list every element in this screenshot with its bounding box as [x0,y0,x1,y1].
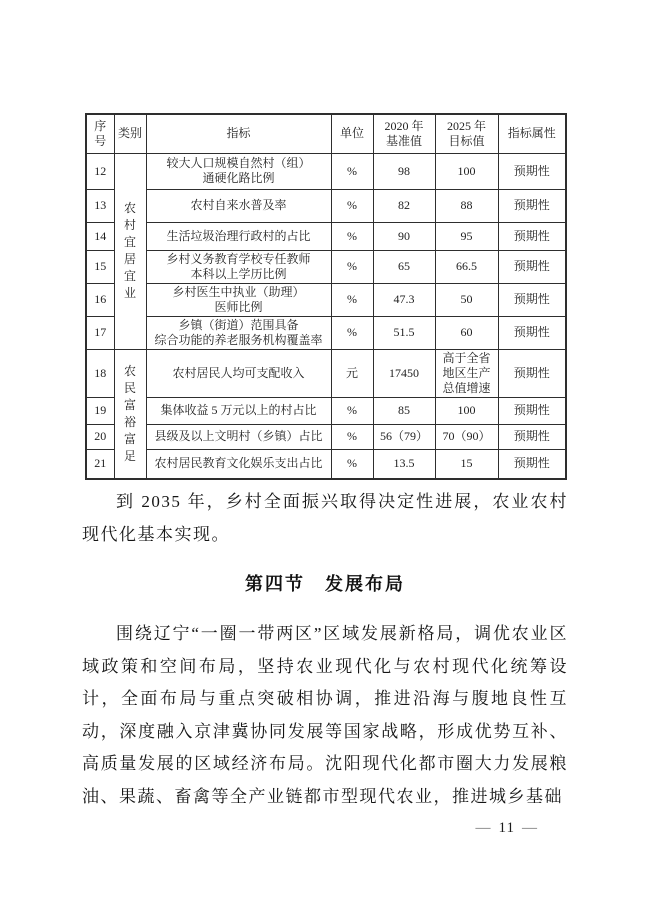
cell-attribute: 预期性 [498,222,566,250]
table-row: 18 农民富裕富足 农村居民人均可支配收入 元 17450 高于全省地区生产总值… [86,349,566,397]
table-row: 19 集体收益 5 万元以上的村占比 % 85 100 预期性 [86,397,566,424]
table-row: 20 县级及以上文明村（乡镇）占比 % 56（79） 70（90） 预期性 [86,424,566,449]
cell-attribute: 预期性 [498,449,566,479]
document-page: 序号 类别 指标 单位 2020 年 基准值 2025 年 目标值 指标属性 1… [0,0,650,919]
cell-unit: % [331,316,373,349]
column-header-category: 类别 [114,114,146,153]
page-number-right-dash: — [515,820,545,836]
cell-baseline: 85 [373,397,435,424]
cell-indicator: 集体收益 5 万元以上的村占比 [146,397,331,424]
category-label: 农民富裕富足 [123,363,137,465]
cell-unit: % [331,222,373,250]
cell-baseline: 17450 [373,349,435,397]
table-row: 14 生活垃圾治理行政村的占比 % 90 95 预期性 [86,222,566,250]
table-row: 16 乡村医生中执业（助理） 医师比例 % 47.3 50 预期性 [86,283,566,316]
cell-indicator: 乡村医生中执业（助理） 医师比例 [146,283,331,316]
cell-baseline: 90 [373,222,435,250]
column-header-no: 序号 [86,114,114,153]
cell-no: 20 [86,424,114,449]
cell-no: 19 [86,397,114,424]
cell-attribute: 预期性 [498,349,566,397]
cell-attribute: 预期性 [498,250,566,283]
cell-attribute: 预期性 [498,283,566,316]
cell-no: 14 [86,222,114,250]
cell-unit: % [331,449,373,479]
cell-unit: % [331,397,373,424]
cell-no: 12 [86,153,114,189]
column-header-target-2025: 2025 年 目标值 [435,114,498,153]
table-row: 13 农村自来水普及率 % 82 88 预期性 [86,189,566,222]
column-header-indicator: 指标 [146,114,331,153]
cell-indicator: 较大人口规模自然村（组） 通硬化路比例 [146,153,331,189]
page-number: —11— [469,820,545,837]
cell-target: 高于全省地区生产总值增速 [435,349,498,397]
cell-indicator: 农村居民人均可支配收入 [146,349,331,397]
cell-target: 70（90） [435,424,498,449]
cell-indicator: 生活垃圾治理行政村的占比 [146,222,331,250]
indicators-table: 序号 类别 指标 单位 2020 年 基准值 2025 年 目标值 指标属性 1… [85,113,567,480]
cell-target: 100 [435,397,498,424]
cell-indicator: 农村自来水普及率 [146,189,331,222]
cell-baseline: 47.3 [373,283,435,316]
indicators-table-wrap: 序号 类别 指标 单位 2020 年 基准值 2025 年 目标值 指标属性 1… [85,113,567,480]
cell-baseline: 13.5 [373,449,435,479]
section-heading: 第四节 发展布局 [82,570,568,596]
cell-attribute: 预期性 [498,424,566,449]
cell-target: 88 [435,189,498,222]
cell-indicator: 农村居民教育文化娱乐支出占比 [146,449,331,479]
paragraph-development-layout: 围绕辽宁“一圈一带两区”区域发展新格局，调优农业区域政策和空间布局，坚持农业现代… [82,618,568,813]
cell-baseline: 98 [373,153,435,189]
cell-unit: 元 [331,349,373,397]
cell-no: 18 [86,349,114,397]
page-number-left-dash: — [469,820,499,836]
cell-baseline: 51.5 [373,316,435,349]
cell-target: 100 [435,153,498,189]
cell-indicator: 乡村义务教育学校专任教师 本科以上学历比例 [146,250,331,283]
cell-target: 66.5 [435,250,498,283]
column-header-unit: 单位 [331,114,373,153]
cell-target: 50 [435,283,498,316]
cell-attribute: 预期性 [498,397,566,424]
column-header-baseline-2020: 2020 年 基准值 [373,114,435,153]
cell-attribute: 预期性 [498,316,566,349]
table-row: 12 农村宜居宜业 较大人口规模自然村（组） 通硬化路比例 % 98 100 预… [86,153,566,189]
table-row: 17 乡镇（街道）范围具备 综合功能的养老服务机构覆盖率 % 51.5 60 预… [86,316,566,349]
table-row: 15 乡村义务教育学校专任教师 本科以上学历比例 % 65 66.5 预期性 [86,250,566,283]
cell-no: 15 [86,250,114,283]
cell-attribute: 预期性 [498,189,566,222]
cell-baseline: 56（79） [373,424,435,449]
cell-no: 13 [86,189,114,222]
cell-baseline: 82 [373,189,435,222]
cell-indicator: 乡镇（街道）范围具备 综合功能的养老服务机构覆盖率 [146,316,331,349]
cell-target: 15 [435,449,498,479]
cell-category-farmers-prosperity: 农民富裕富足 [114,349,146,479]
paragraph-2035-goal: 到 2035 年，乡村全面振兴取得决定性进展，农业农村现代化基本实现。 [82,486,568,551]
cell-no: 17 [86,316,114,349]
category-label: 农村宜居宜业 [123,200,137,302]
cell-category-rural-livable: 农村宜居宜业 [114,153,146,349]
table-header-row: 序号 类别 指标 单位 2020 年 基准值 2025 年 目标值 指标属性 [86,114,566,153]
cell-unit: % [331,283,373,316]
cell-unit: % [331,250,373,283]
table-row: 21 农村居民教育文化娱乐支出占比 % 13.5 15 预期性 [86,449,566,479]
cell-baseline: 65 [373,250,435,283]
cell-target: 95 [435,222,498,250]
cell-indicator: 县级及以上文明村（乡镇）占比 [146,424,331,449]
page-number-value: 11 [499,820,515,836]
cell-target: 60 [435,316,498,349]
cell-unit: % [331,153,373,189]
cell-no: 16 [86,283,114,316]
column-header-attribute: 指标属性 [498,114,566,153]
cell-no: 21 [86,449,114,479]
cell-unit: % [331,189,373,222]
cell-attribute: 预期性 [498,153,566,189]
cell-unit: % [331,424,373,449]
